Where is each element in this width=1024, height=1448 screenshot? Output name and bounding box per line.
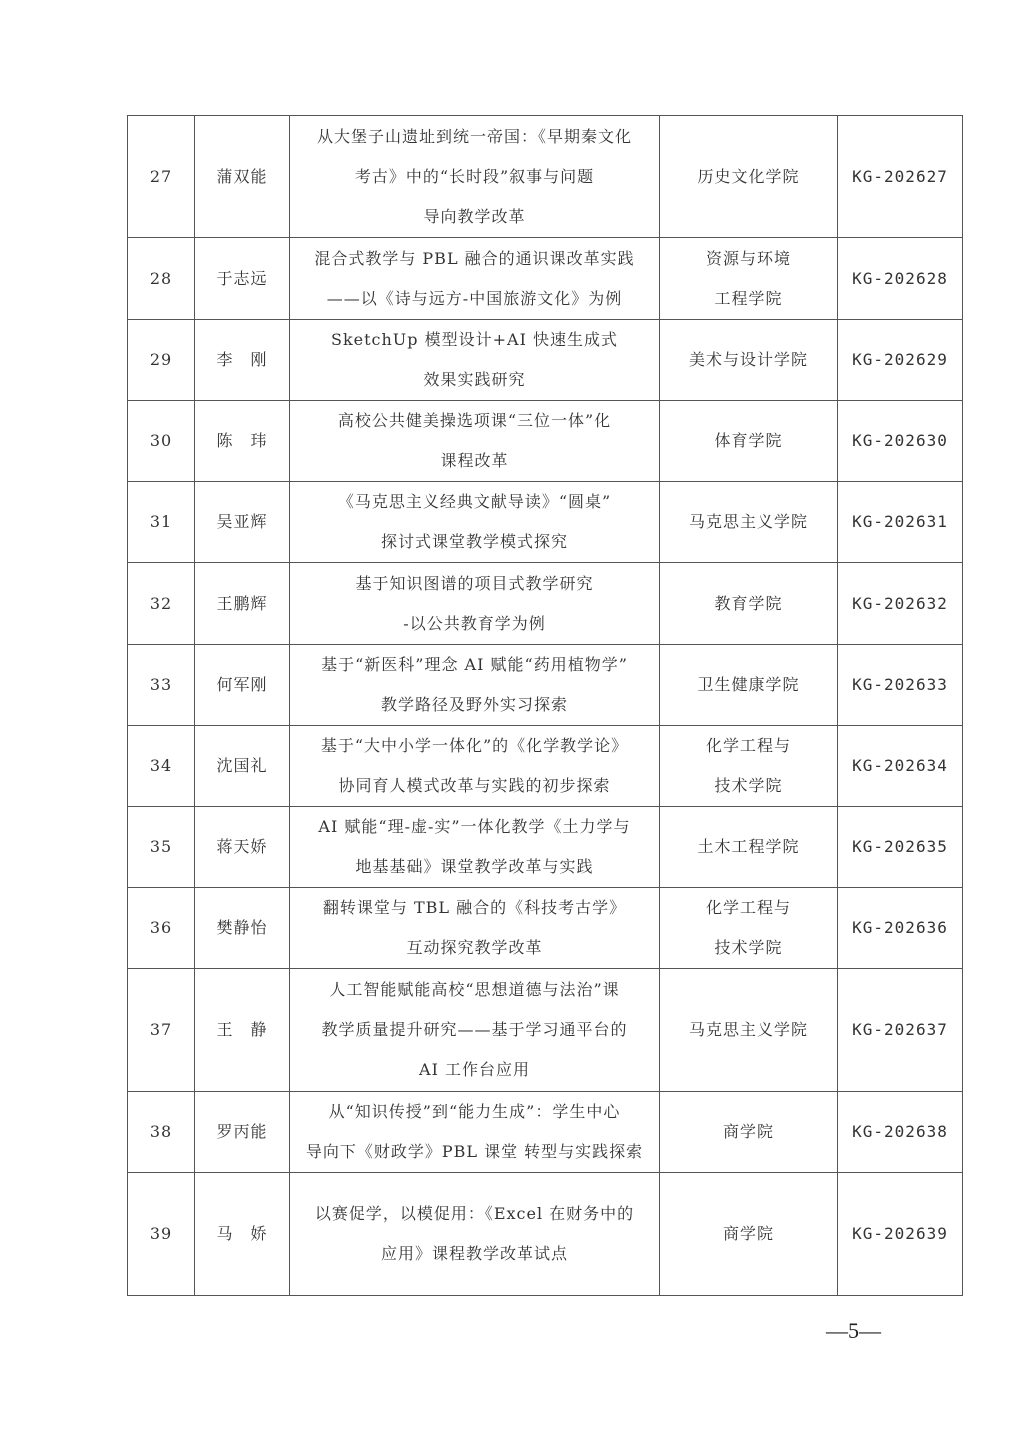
project-title-cell: 高校公共健美操选项课“三位一体”化课程改革 <box>290 401 660 482</box>
project-title-line: 应用》课程教学改革试点 <box>296 1234 653 1274</box>
row-number-cell: 27 <box>128 116 195 238</box>
college-cell: 马克思主义学院 <box>660 969 838 1092</box>
person-name-cell: 罗丙能 <box>195 1092 290 1173</box>
college-cell: 历史文化学院 <box>660 116 838 238</box>
college-cell: 商学院 <box>660 1173 838 1296</box>
project-table: 27蒲双能从大堡子山遗址到统一帝国：《早期秦文化考古》中的“长时段”叙事与问题导… <box>127 115 963 1296</box>
table-row: 28于志远混合式教学与 PBL 融合的通识课改革实践——以《诗与远方-中国旅游文… <box>128 238 963 320</box>
project-code-cell: KG-202638 <box>838 1092 963 1173</box>
project-title-cell: 基于知识图谱的项目式教学研究-以公共教育学为例 <box>290 563 660 645</box>
row-number-cell: 30 <box>128 401 195 482</box>
project-title-line: 效果实践研究 <box>296 360 653 400</box>
project-title-line: 基于知识图谱的项目式教学研究 <box>296 564 653 604</box>
project-title-cell: SketchUp 模型设计+AI 快速生成式效果实践研究 <box>290 320 660 401</box>
person-name-cell: 于志远 <box>195 238 290 320</box>
college-cell: 体育学院 <box>660 401 838 482</box>
person-name-cell: 李 刚 <box>195 320 290 401</box>
person-name-cell: 王 静 <box>195 969 290 1092</box>
person-name-cell: 樊静怡 <box>195 888 290 969</box>
project-title-cell: 基于“新医科”理念 AI 赋能“药用植物学”教学路径及野外实习探索 <box>290 645 660 726</box>
project-title-line: -以公共教育学为例 <box>296 604 653 644</box>
college-line: 工程学院 <box>666 279 831 319</box>
college-line: 资源与环境 <box>666 239 831 279</box>
table-row: 30陈 玮高校公共健美操选项课“三位一体”化课程改革体育学院KG-202630 <box>128 401 963 482</box>
project-code-cell: KG-202632 <box>838 563 963 645</box>
table-row: 37王 静人工智能赋能高校“思想道德与法治”课教学质量提升研究——基于学习通平台… <box>128 969 963 1092</box>
project-title-cell: 《马克思主义经典文献导读》“圆桌”探讨式课堂教学模式探究 <box>290 482 660 563</box>
project-title-line: 从“知识传授”到“能力生成”：学生中心 <box>296 1092 653 1132</box>
project-title-line: 导向下《财政学》PBL 课堂 转型与实践探索 <box>296 1132 653 1172</box>
project-code-cell: KG-202631 <box>838 482 963 563</box>
college-cell: 土木工程学院 <box>660 807 838 888</box>
project-title-line: 教学路径及野外实习探索 <box>296 685 653 725</box>
college-cell: 资源与环境工程学院 <box>660 238 838 320</box>
project-title-line: 混合式教学与 PBL 融合的通识课改革实践 <box>296 239 653 279</box>
college-line: 技术学院 <box>666 766 831 806</box>
college-line: 历史文化学院 <box>666 157 831 197</box>
project-title-line: 探讨式课堂教学模式探究 <box>296 522 653 562</box>
college-line: 土木工程学院 <box>666 827 831 867</box>
college-line: 商学院 <box>666 1112 831 1152</box>
row-number-cell: 32 <box>128 563 195 645</box>
project-title-line: 基于“大中小学一体化”的《化学教学论》 <box>296 726 653 766</box>
project-code-cell: KG-202629 <box>838 320 963 401</box>
project-title-cell: 以赛促学，以模促用：《Excel 在财务中的应用》课程教学改革试点 <box>290 1173 660 1296</box>
project-title-line: 翻转课堂与 TBL 融合的《科技考古学》 <box>296 888 653 928</box>
college-cell: 马克思主义学院 <box>660 482 838 563</box>
table-row: 32王鹏辉基于知识图谱的项目式教学研究-以公共教育学为例教育学院KG-20263… <box>128 563 963 645</box>
project-code-cell: KG-202634 <box>838 726 963 807</box>
project-title-cell: 基于“大中小学一体化”的《化学教学论》协同育人模式改革与实践的初步探索 <box>290 726 660 807</box>
person-name-cell: 沈国礼 <box>195 726 290 807</box>
table-row: 31吴亚辉《马克思主义经典文献导读》“圆桌”探讨式课堂教学模式探究马克思主义学院… <box>128 482 963 563</box>
college-line: 卫生健康学院 <box>666 665 831 705</box>
project-title-line: SketchUp 模型设计+AI 快速生成式 <box>296 320 653 360</box>
row-number-cell: 31 <box>128 482 195 563</box>
college-line: 技术学院 <box>666 928 831 968</box>
row-number-cell: 29 <box>128 320 195 401</box>
project-title-line: AI 工作台应用 <box>296 1050 653 1090</box>
project-title-line: 《马克思主义经典文献导读》“圆桌” <box>296 482 653 522</box>
project-title-cell: AI 赋能“理-虚-实”一体化教学《土力学与地基基础》课堂教学改革与实践 <box>290 807 660 888</box>
table-row: 27蒲双能从大堡子山遗址到统一帝国：《早期秦文化考古》中的“长时段”叙事与问题导… <box>128 116 963 238</box>
project-title-line: AI 赋能“理-虚-实”一体化教学《土力学与 <box>296 807 653 847</box>
person-name-cell: 何军刚 <box>195 645 290 726</box>
page-number: —5— <box>826 1318 881 1344</box>
project-title-cell: 人工智能赋能高校“思想道德与法治”课教学质量提升研究——基于学习通平台的AI 工… <box>290 969 660 1092</box>
college-cell: 教育学院 <box>660 563 838 645</box>
row-number-cell: 36 <box>128 888 195 969</box>
row-number-cell: 33 <box>128 645 195 726</box>
project-title-line: 从大堡子山遗址到统一帝国：《早期秦文化 <box>296 117 653 157</box>
project-title-cell: 混合式教学与 PBL 融合的通识课改革实践——以《诗与远方-中国旅游文化》为例 <box>290 238 660 320</box>
project-table-body: 27蒲双能从大堡子山遗址到统一帝国：《早期秦文化考古》中的“长时段”叙事与问题导… <box>128 116 963 1296</box>
project-title-cell: 从“知识传授”到“能力生成”：学生中心导向下《财政学》PBL 课堂 转型与实践探… <box>290 1092 660 1173</box>
college-line: 商学院 <box>666 1214 831 1254</box>
project-title-line: 导向教学改革 <box>296 197 653 237</box>
project-code-cell: KG-202627 <box>838 116 963 238</box>
person-name-cell: 吴亚辉 <box>195 482 290 563</box>
project-title-cell: 翻转课堂与 TBL 融合的《科技考古学》互动探究教学改革 <box>290 888 660 969</box>
person-name-cell: 马 娇 <box>195 1173 290 1296</box>
project-title-line: 课程改革 <box>296 441 653 481</box>
table-row: 36樊静怡翻转课堂与 TBL 融合的《科技考古学》互动探究教学改革化学工程与技术… <box>128 888 963 969</box>
project-title-line: 地基基础》课堂教学改革与实践 <box>296 847 653 887</box>
table-row: 29李 刚SketchUp 模型设计+AI 快速生成式效果实践研究美术与设计学院… <box>128 320 963 401</box>
row-number-cell: 38 <box>128 1092 195 1173</box>
project-title-line: 人工智能赋能高校“思想道德与法治”课 <box>296 970 653 1010</box>
college-cell: 美术与设计学院 <box>660 320 838 401</box>
row-number-cell: 28 <box>128 238 195 320</box>
project-title-line: 协同育人模式改革与实践的初步探索 <box>296 766 653 806</box>
college-cell: 商学院 <box>660 1092 838 1173</box>
row-number-cell: 37 <box>128 969 195 1092</box>
table-row: 38罗丙能从“知识传授”到“能力生成”：学生中心导向下《财政学》PBL 课堂 转… <box>128 1092 963 1173</box>
college-line: 化学工程与 <box>666 726 831 766</box>
project-title-line: 基于“新医科”理念 AI 赋能“药用植物学” <box>296 645 653 685</box>
college-cell: 卫生健康学院 <box>660 645 838 726</box>
project-title-line: 高校公共健美操选项课“三位一体”化 <box>296 401 653 441</box>
table-row: 39马 娇以赛促学，以模促用：《Excel 在财务中的应用》课程教学改革试点商学… <box>128 1173 963 1296</box>
person-name-cell: 蒋天娇 <box>195 807 290 888</box>
person-name-cell: 蒲双能 <box>195 116 290 238</box>
college-line: 化学工程与 <box>666 888 831 928</box>
table-row: 35蒋天娇AI 赋能“理-虚-实”一体化教学《土力学与地基基础》课堂教学改革与实… <box>128 807 963 888</box>
project-code-cell: KG-202628 <box>838 238 963 320</box>
project-title-cell: 从大堡子山遗址到统一帝国：《早期秦文化考古》中的“长时段”叙事与问题导向教学改革 <box>290 116 660 238</box>
table-row: 33何军刚基于“新医科”理念 AI 赋能“药用植物学”教学路径及野外实习探索卫生… <box>128 645 963 726</box>
table-row: 34沈国礼基于“大中小学一体化”的《化学教学论》协同育人模式改革与实践的初步探索… <box>128 726 963 807</box>
project-title-line: 互动探究教学改革 <box>296 928 653 968</box>
row-number-cell: 39 <box>128 1173 195 1296</box>
college-line: 体育学院 <box>666 421 831 461</box>
project-title-line: ——以《诗与远方-中国旅游文化》为例 <box>296 279 653 319</box>
college-cell: 化学工程与技术学院 <box>660 726 838 807</box>
project-title-line: 考古》中的“长时段”叙事与问题 <box>296 157 653 197</box>
person-name-cell: 王鹏辉 <box>195 563 290 645</box>
college-line: 马克思主义学院 <box>666 1010 831 1050</box>
college-line: 美术与设计学院 <box>666 340 831 380</box>
project-title-line: 教学质量提升研究——基于学习通平台的 <box>296 1010 653 1050</box>
project-code-cell: KG-202639 <box>838 1173 963 1296</box>
person-name-cell: 陈 玮 <box>195 401 290 482</box>
project-title-line: 以赛促学，以模促用：《Excel 在财务中的 <box>296 1194 653 1234</box>
project-code-cell: KG-202633 <box>838 645 963 726</box>
college-line: 马克思主义学院 <box>666 502 831 542</box>
row-number-cell: 35 <box>128 807 195 888</box>
project-code-cell: KG-202630 <box>838 401 963 482</box>
project-code-cell: KG-202637 <box>838 969 963 1092</box>
project-code-cell: KG-202636 <box>838 888 963 969</box>
row-number-cell: 34 <box>128 726 195 807</box>
college-cell: 化学工程与技术学院 <box>660 888 838 969</box>
college-line: 教育学院 <box>666 584 831 624</box>
project-code-cell: KG-202635 <box>838 807 963 888</box>
